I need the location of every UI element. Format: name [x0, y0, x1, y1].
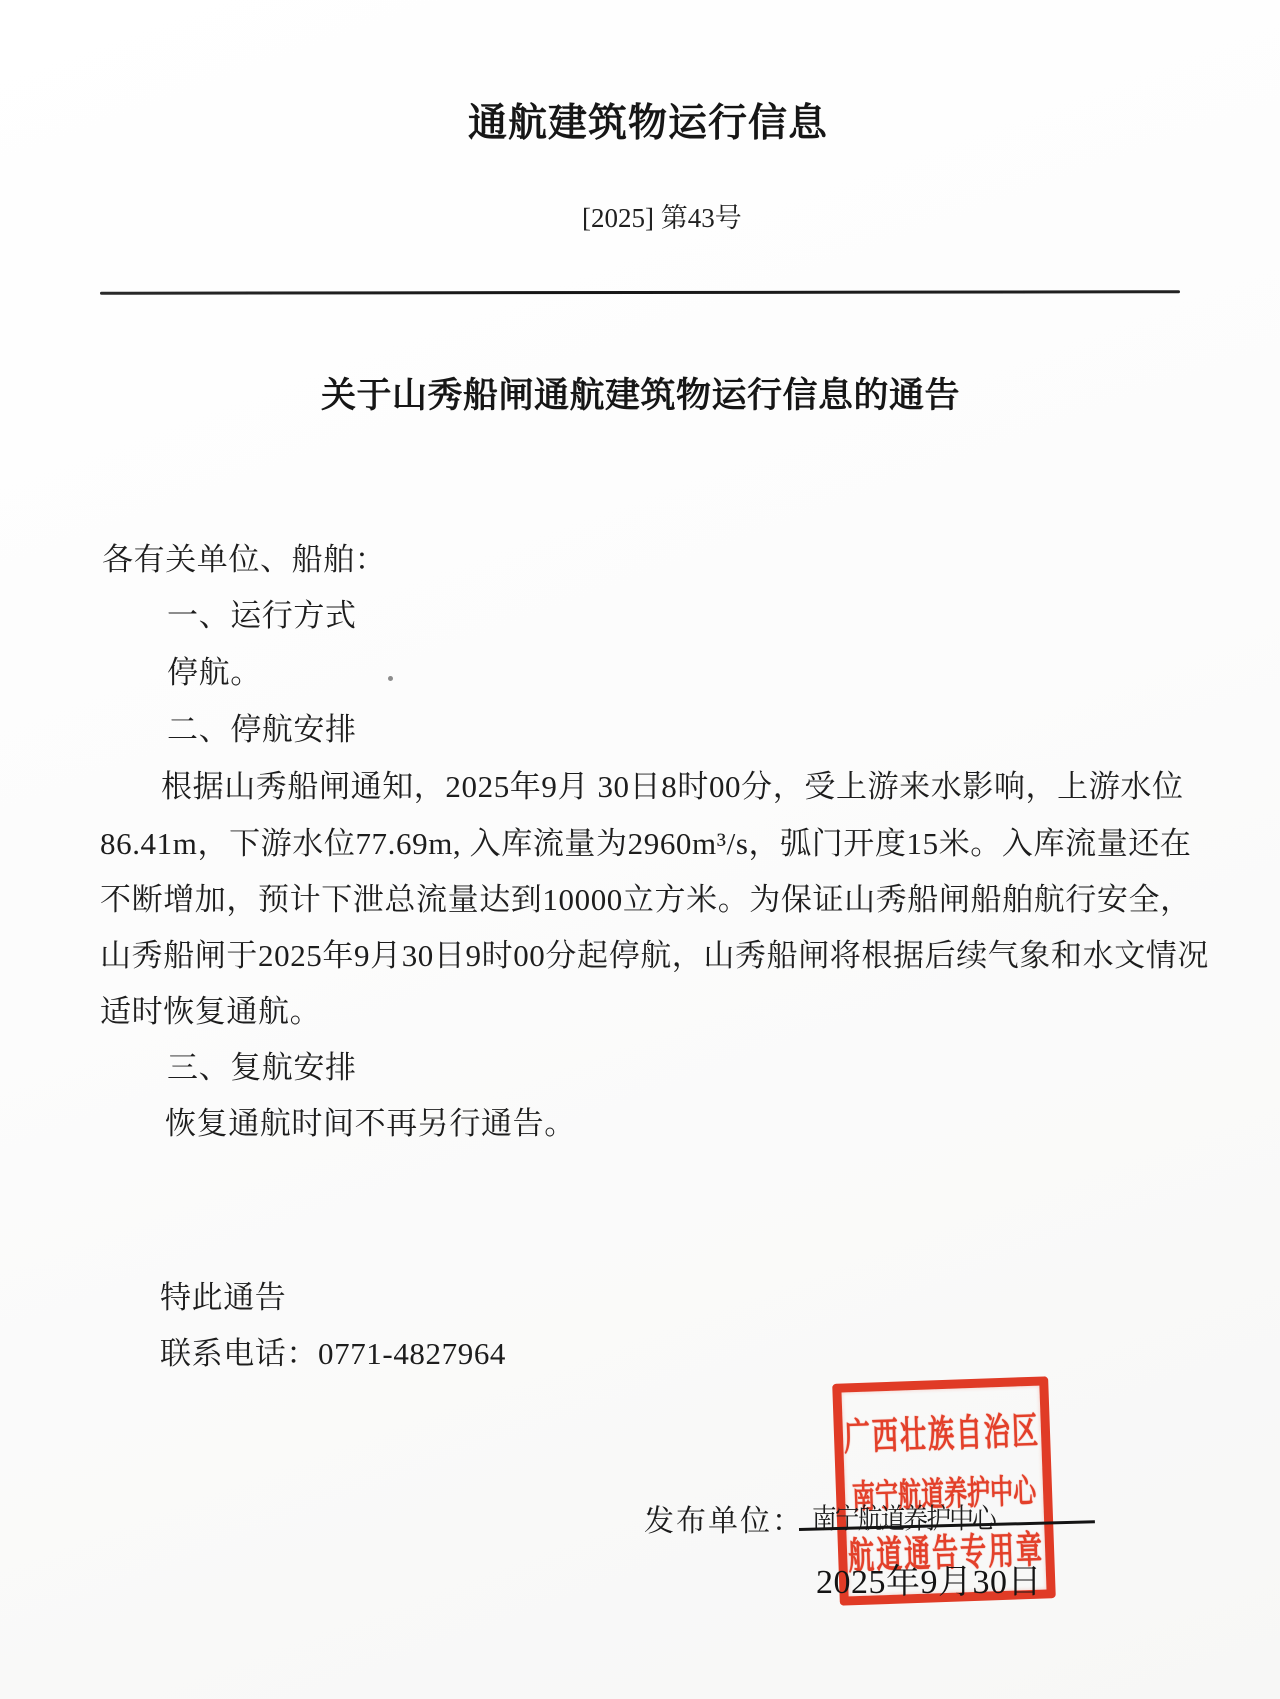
- contact-phone: 联系电话：0771-4827964: [160, 1328, 506, 1373]
- section-2-line-5: 适时恢复通航。: [100, 986, 321, 1031]
- closing-statement: 特此通告: [160, 1272, 286, 1317]
- section-2-line-3: 不断增加，预计下泄总流量达到10000立方米。为保证山秀船闸船舶航行安全，: [100, 874, 1192, 919]
- document-number: [2025] 第43号: [582, 196, 742, 235]
- section-1-title: 一、运行方式: [167, 590, 357, 635]
- section-2-line-4: 山秀船闸于2025年9月30日9时00分起停航，山秀船闸将根据后续气象和水文情况: [100, 930, 1209, 975]
- document-page: 通航建筑物运行信息 [2025] 第43号 关于山秀船闸通航建筑物运行信息的通告…: [0, 0, 1280, 1699]
- scan-speck-artifact: [388, 676, 393, 681]
- issuer-name: 南宁航道养护中心: [812, 1497, 995, 1537]
- section-3-title: 三、复航安排: [167, 1042, 357, 1087]
- header-divider-rule: [100, 290, 1180, 295]
- salutation: 各有关单位、船舶：: [102, 534, 386, 579]
- issue-date: 2025年9月30日: [816, 1554, 1042, 1603]
- section-2-line-1: 根据山秀船闸通知，2025年9月 30日8时00分，受上游来水影响，上游水位: [161, 761, 1184, 806]
- section-1-body: 停航。: [167, 647, 262, 692]
- document-title: 通航建筑物运行信息: [468, 92, 828, 148]
- notice-heading: 关于山秀船闸通航建筑物运行信息的通告: [321, 368, 960, 418]
- section-2-line-2: 86.41m，下游水位77.69m, 入库流量为2960m³/s，弧门开度15米…: [100, 818, 1192, 863]
- section-2-title: 二、停航安排: [167, 704, 357, 749]
- seal-region-line: 广西壮族自治区: [843, 1402, 1041, 1462]
- section-3-body: 恢复通航时间不再另行通告。: [165, 1098, 576, 1143]
- issuer-label: 发布单位：: [644, 1496, 804, 1540]
